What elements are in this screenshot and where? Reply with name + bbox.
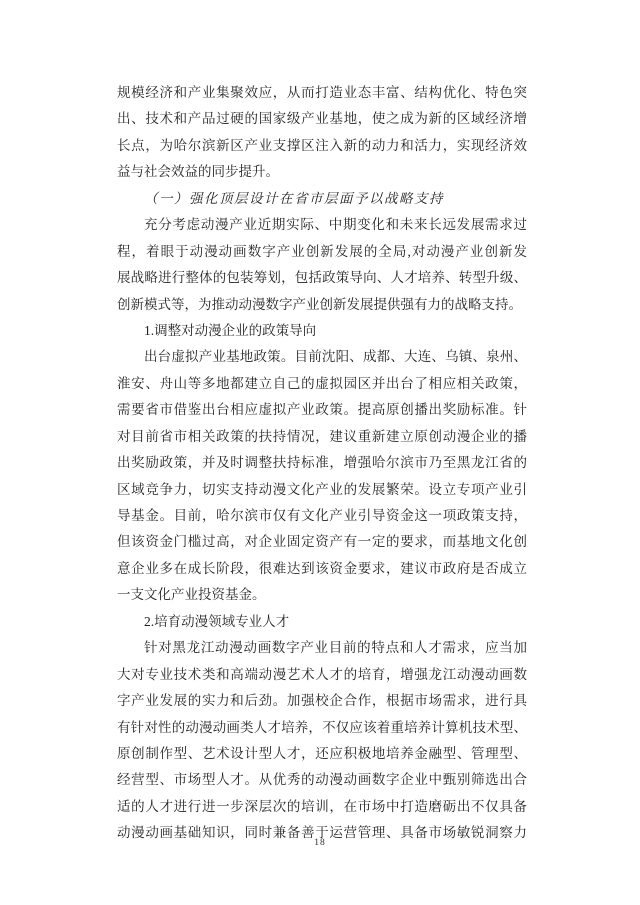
text-line: 出、技术和产品过硬的国家级产业基地，使之成为新的区域经济增 bbox=[117, 106, 527, 132]
text-line: 区域竞争力，切实支持动漫文化产业的发展繁荣。设立专项产业引 bbox=[117, 477, 527, 503]
paragraph: 充分考虑动漫产业近期实际、中期变化和未来长远发展需求过程，着眼于动漫动画数字产业… bbox=[117, 212, 527, 318]
text-line: 对目前省市相关政策的扶持情况，建议重新建立原创动漫企业的播 bbox=[117, 424, 527, 450]
text-line: 需要省市借鉴出台相应虚拟产业政策。提高原创播出奖励标准。针 bbox=[117, 397, 527, 423]
text-line: 出台虚拟产业基地政策。目前沈阳、成都、大连、乌镇、泉州、 bbox=[117, 344, 527, 370]
text-line: 展战略进行整体的包装筹划，包括政策导向、人才培养、转型升级、 bbox=[117, 265, 527, 291]
document-page: 规模经济和产业集聚效应，从而打造业态丰富、结构优化、特色突出、技术和产品过硬的国… bbox=[0, 0, 640, 905]
text-line: 出奖励政策，并及时调整扶持标准，增强哈尔滨市乃至黑龙江省的 bbox=[117, 450, 527, 476]
text-line: 创新模式等，为推动动漫数字产业创新发展提供强有力的战略支持。 bbox=[117, 292, 527, 318]
text-line: 意企业多在成长阶段，很难达到该资金要求，建议市政府是否成立 bbox=[117, 556, 527, 582]
sub-heading: 2.培育动漫领域专业人才 bbox=[117, 609, 527, 635]
paragraph: 出台虚拟产业基地政策。目前沈阳、成都、大连、乌镇、泉州、淮安、舟山等多地都建立自… bbox=[117, 344, 527, 608]
text-line: 1.调整对动漫企业的政策导向 bbox=[117, 318, 527, 344]
text-line: 益与社会效益的同步提升。 bbox=[117, 159, 527, 185]
text-line: 淮安、舟山等多地都建立自己的虚拟园区并出台了相应相关政策， bbox=[117, 371, 527, 397]
section-heading: （一）强化顶层设计在省市层面予以战略支持 bbox=[117, 186, 527, 212]
text-line: 但该资金门槛过高，对企业固定资产有一定的要求，而基地文化创 bbox=[117, 529, 527, 555]
text-line: 一支文化产业投资基金。 bbox=[117, 582, 527, 608]
document-body: 规模经济和产业集聚效应，从而打造业态丰富、结构优化、特色突出、技术和产品过硬的国… bbox=[117, 80, 527, 847]
text-line: 有针对性的动漫动画类人才培养，不仅应该着重培养计算机技术型、 bbox=[117, 715, 527, 741]
paragraph: 针对黑龙江动漫动画数字产业目前的特点和人才需求，应当加大对专业技术类和高端动漫艺… bbox=[117, 635, 527, 847]
text-line: 原创制作型、艺术设计型人才，还应积极地培养金融型、管理型、 bbox=[117, 741, 527, 767]
text-line: 大对专业技术类和高端动漫艺术人才的培育，增强龙江动漫动画数 bbox=[117, 662, 527, 688]
text-line: （一）强化顶层设计在省市层面予以战略支持 bbox=[117, 186, 527, 212]
text-line: 2.培育动漫领域专业人才 bbox=[117, 609, 527, 635]
page-number: 18 bbox=[0, 838, 640, 848]
text-line: 经营型、市场型人才。从优秀的动漫动画数字企业中甄别筛选出合 bbox=[117, 767, 527, 793]
text-line: 充分考虑动漫产业近期实际、中期变化和未来长远发展需求过 bbox=[117, 212, 527, 238]
text-line: 规模经济和产业集聚效应，从而打造业态丰富、结构优化、特色突 bbox=[117, 80, 527, 106]
text-line: 导基金。目前，哈尔滨市仅有文化产业引导资金这一项政策支持， bbox=[117, 503, 527, 529]
paragraph: 规模经济和产业集聚效应，从而打造业态丰富、结构优化、特色突出、技术和产品过硬的国… bbox=[117, 80, 527, 186]
text-line: 字产业发展的实力和后劲。加强校企合作，根据市场需求，进行具 bbox=[117, 688, 527, 714]
text-line: 程，着眼于动漫动画数字产业创新发展的全局,对动漫产业创新发 bbox=[117, 239, 527, 265]
sub-heading: 1.调整对动漫企业的政策导向 bbox=[117, 318, 527, 344]
text-line: 适的人才进行进一步深层次的培训，在市场中打造磨砺出不仅具备 bbox=[117, 794, 527, 820]
text-line: 长点，为哈尔滨新区产业支撑区注入新的动力和活力，实现经济效 bbox=[117, 133, 527, 159]
text-line: 针对黑龙江动漫动画数字产业目前的特点和人才需求，应当加 bbox=[117, 635, 527, 661]
